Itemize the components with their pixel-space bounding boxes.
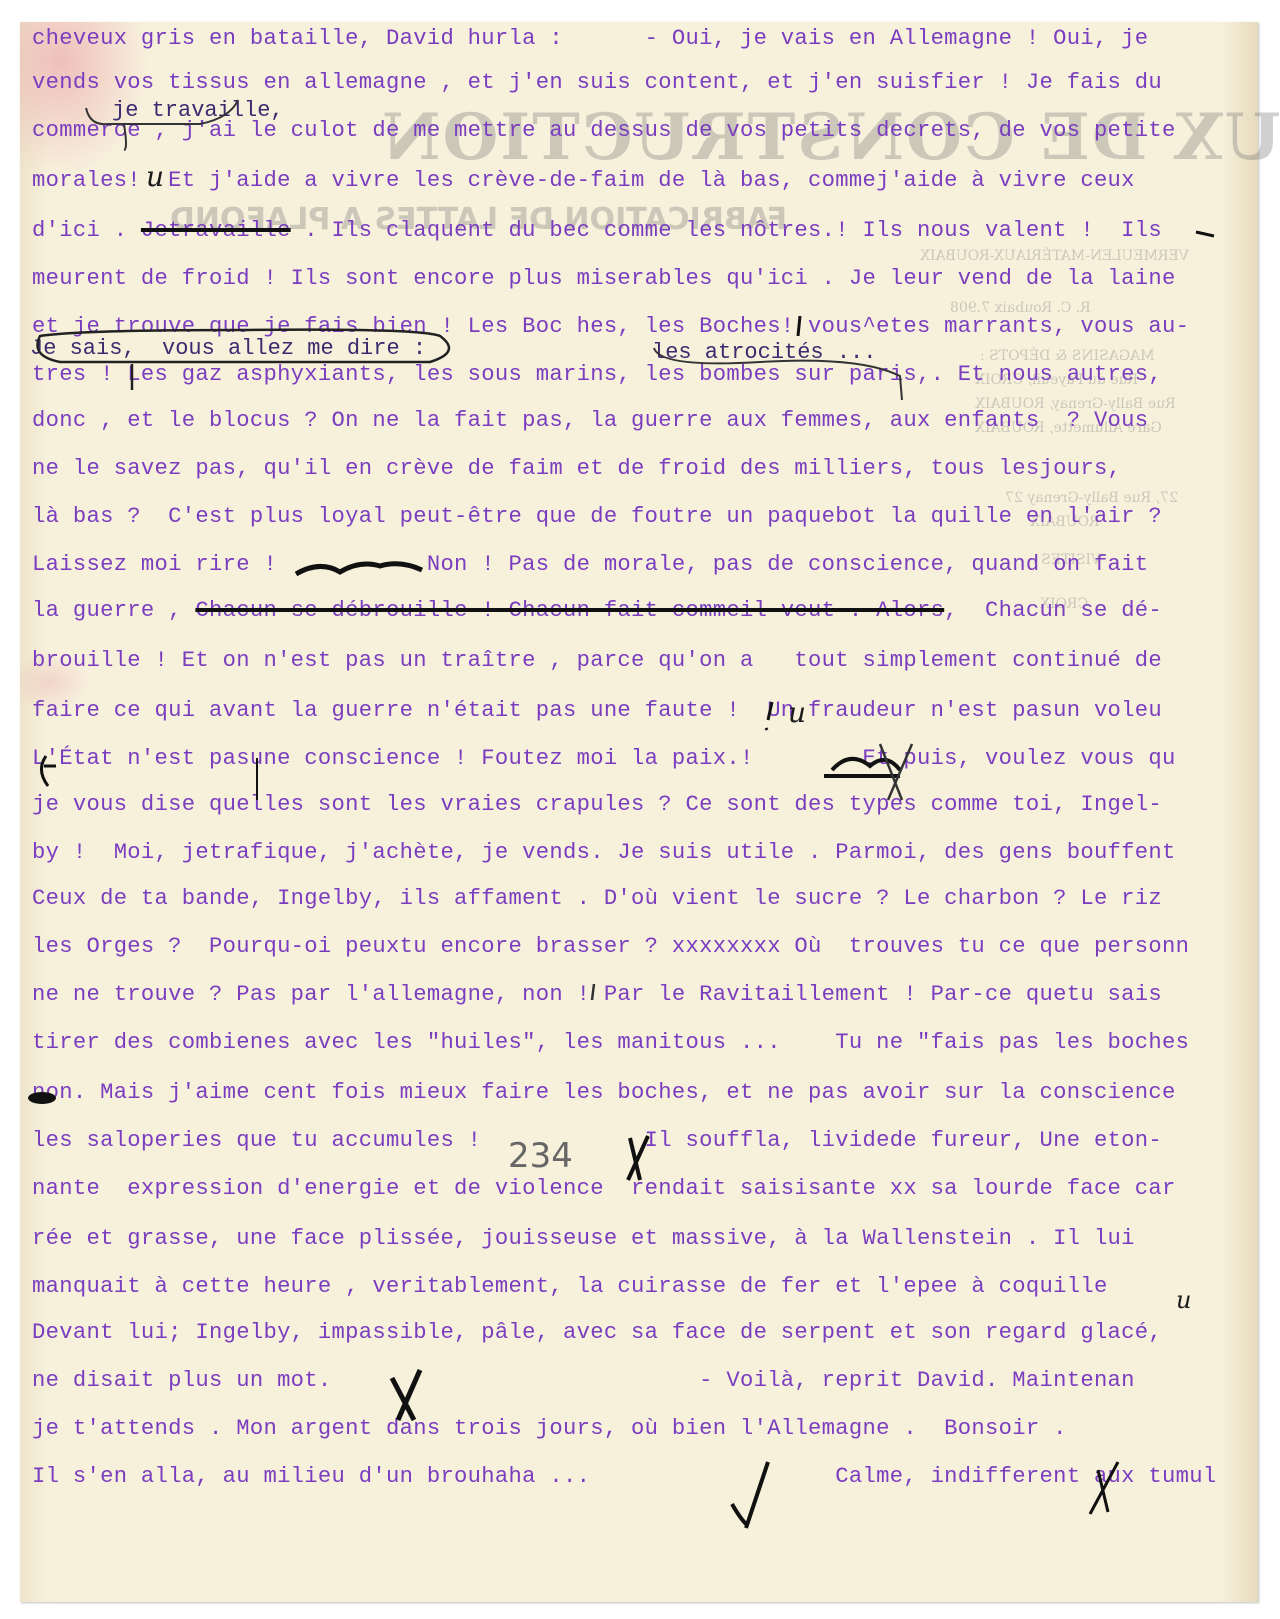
struck-text: Chacun se débrouille ! Chacun fait comme…	[195, 598, 944, 623]
typed-line: là bas ? C'est plus loyal peut-être que …	[32, 504, 1162, 529]
typed-line: les Orges ? Pourqu-oi peuxtu encore bras…	[32, 934, 1189, 959]
typed-line: tres ! Les gaz asphyxiants, les sous mar…	[32, 362, 1162, 387]
typed-line: les saloperies que tu accumules ! Il sou…	[32, 1128, 1162, 1153]
typed-line: by ! Moi, jetrafique, j'achète, je vends…	[32, 840, 1176, 865]
typed-line: nante expression d'energie et de violenc…	[32, 1176, 1176, 1201]
typed-line: morales! Et j'aide a vivre les crève-de-…	[32, 168, 1135, 193]
typed-line: donc , et le blocus ? On ne la fait pas,…	[32, 408, 1148, 433]
typed-line: je vous dise quelles sont les vraies cra…	[32, 792, 1162, 817]
typed-line: faire ce qui avant la guerre n'était pas…	[32, 698, 1162, 723]
typed-line: cheveux gris en bataille, David hurla : …	[32, 26, 1148, 51]
margin-mark-u: u	[146, 160, 164, 193]
margin-mark-u: u	[788, 696, 806, 729]
insertion-je-sais: Je sais, vous allez me dire :	[30, 336, 426, 361]
typed-line: non. Mais j'aime cent fois mieux faire l…	[32, 1080, 1176, 1105]
typed-line: je t'attends . Mon argent dans trois jou…	[32, 1416, 1067, 1441]
typed-line: ne disait plus un mot. - Voilà, reprit D…	[32, 1368, 1135, 1393]
typed-line: ne ne trouve ? Pas par l'allemagne, non …	[32, 982, 1162, 1007]
typed-line: d'ici . Jetravaille . Ils claquent du be…	[32, 218, 1162, 243]
typed-line: Ceux de ta bande, Ingelby, ils affament …	[32, 886, 1162, 911]
typed-line: ne le savez pas, qu'il en crève de faim …	[32, 456, 1121, 481]
typed-line: Devant lui; Ingelby, impassible, pâle, a…	[32, 1320, 1162, 1345]
typed-line: brouille ! Et on n'est pas un traître , …	[32, 648, 1162, 673]
typed-line: la guerre , Chacun se débrouille ! Chacu…	[32, 598, 1162, 623]
typed-line: Il s'en alla, au milieu d'un brouhaha ..…	[32, 1464, 1216, 1489]
insertion-je-travaille: je travaille,	[112, 98, 284, 123]
typed-line: Laissez moi rire ! Non ! Pas de morale, …	[32, 552, 1148, 577]
typed-line: vends vos tissus en allemagne , et j'en …	[32, 70, 1162, 95]
insertion-atrocites: les atrocités ...	[652, 340, 876, 365]
typed-line: meurent de froid ! Ils sont encore plus …	[32, 266, 1176, 291]
margin-mark-u: u	[1176, 1286, 1191, 1314]
letterhead-telegram: VERMEULEN-MATÉRIAUX-ROUBAIX	[920, 248, 1189, 264]
typed-line: rée et grasse, une face plissée, jouisse…	[32, 1226, 1135, 1251]
page-number: 234	[508, 1136, 573, 1176]
typed-line: manquait à cette heure , veritablement, …	[32, 1274, 1108, 1299]
struck-text: Jetravaille	[141, 218, 291, 243]
typed-line: tirer des combienes avec les "huiles", l…	[32, 1030, 1189, 1055]
typed-line: L'État n'est pasune conscience ! Foutez …	[32, 746, 1176, 771]
